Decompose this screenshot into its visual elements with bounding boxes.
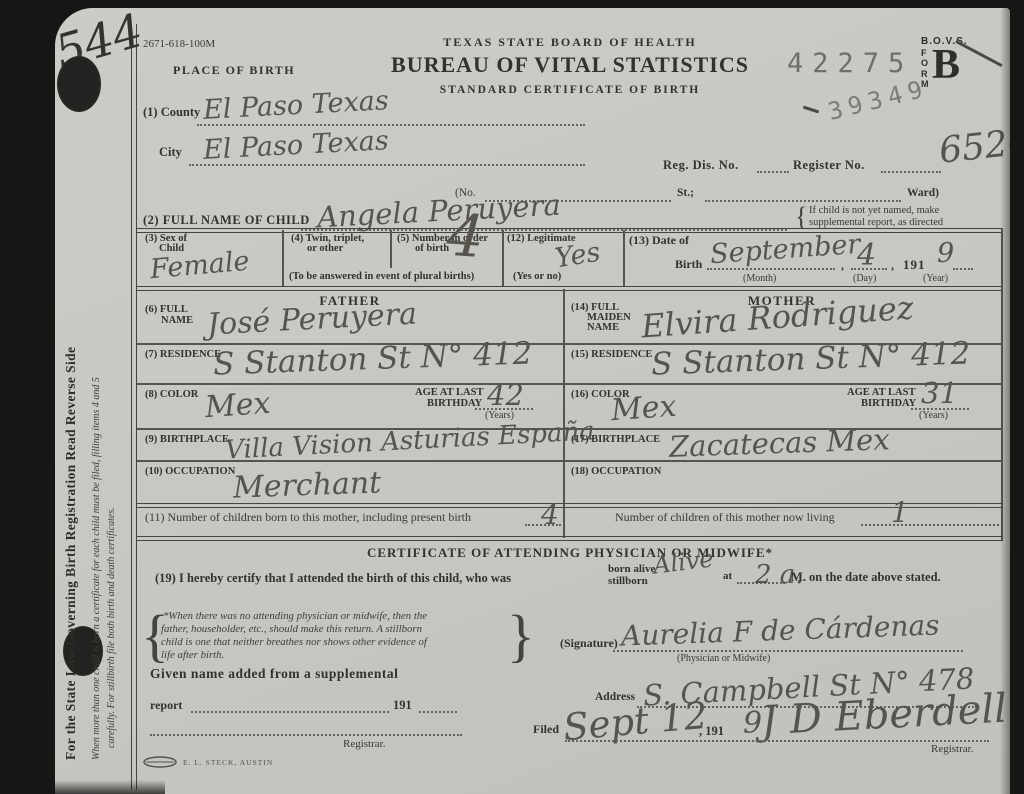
mother-age-label: AGE AT LAST (847, 387, 915, 398)
mother-age-label2: BIRTHDAY (861, 398, 916, 409)
mother-name-label3: NAME (587, 322, 619, 333)
county-value: El Paso Texas (202, 85, 389, 126)
birth-word-label: Birth (675, 257, 702, 272)
alive-value: Alive (652, 544, 715, 579)
twin-label2: or other (307, 243, 343, 254)
signature-label: (Signature) (560, 636, 618, 651)
bureau-heading: BUREAU OF VITAL STATISTICS (370, 52, 770, 78)
given-name-text: Given name added from a supplemental (150, 666, 398, 682)
father-age-label: AGE AT LAST (415, 387, 483, 398)
mother-residence-label: (15) RESIDENCE (571, 349, 652, 360)
note-brace-right: } (507, 602, 535, 669)
physician-note-line2: father, householder, etc., should make t… (161, 623, 422, 635)
children-born-value: 4 (541, 498, 559, 531)
child-name-label: (2) FULL NAME OF CHILD (143, 213, 310, 228)
printer-logo (143, 756, 177, 768)
father-color-value: Mex (204, 386, 272, 425)
month-note: (Month) (743, 273, 776, 284)
grid-line (282, 230, 284, 286)
dotted-line (189, 164, 585, 166)
dotted-line (707, 268, 835, 270)
filed-year-printed: , 191 (699, 724, 724, 739)
physician-note-line3: child is one that neither breathes nor s… (161, 636, 427, 648)
section-double-rule (137, 503, 1003, 508)
legitimate-value: Yes (553, 237, 603, 275)
grid-line (623, 230, 625, 286)
dotted-line (757, 171, 789, 173)
dotted-line (881, 171, 941, 173)
year-note: (Year) (923, 273, 948, 284)
child-note-line1: If child is not yet named, make (809, 205, 939, 216)
father-birthplace-value: Villa Vision Asturias España (224, 416, 595, 465)
board-heading: TEXAS STATE BOARD OF HEALTH (370, 35, 770, 50)
report-label: report (150, 698, 182, 713)
mother-occupation-label: (18) OCCUPATION (571, 466, 661, 477)
dotted-line (861, 524, 999, 526)
dotted-line (613, 650, 963, 652)
birth-order-label2: of birth (415, 243, 449, 254)
date-comma1: , (841, 258, 844, 273)
father-years-note: (Years) (485, 410, 514, 421)
city-label: City (159, 145, 182, 160)
father-mother-divider (563, 289, 565, 538)
dotted-line (150, 734, 462, 736)
filed-label: Filed (533, 722, 559, 737)
margin-note-line2: carefully. For stillbirth file both birt… (106, 138, 117, 748)
children-living-label: Number of children of this mother now li… (615, 510, 835, 525)
child-note-line2: supplemental report, as directed (809, 217, 943, 228)
city-value: El Paso Texas (202, 125, 389, 166)
dotted-line (197, 124, 585, 126)
dotted-line (953, 268, 973, 270)
mother-age-value: 31 (921, 376, 958, 410)
st-label: St.; (677, 187, 694, 199)
page-edge-shadow (1000, 8, 1010, 794)
grid-line (502, 230, 504, 286)
birth-month-value: September (709, 229, 861, 270)
margin-double-rule (131, 24, 137, 790)
grid-line (390, 230, 392, 268)
birth-year-value: 9 (937, 238, 954, 269)
mother-birthplace-value: Zacatecas Mex (668, 422, 890, 464)
form-letter-b: B (932, 48, 960, 84)
father-age-value: 42 (487, 378, 524, 412)
dotted-line (565, 740, 989, 742)
ward-label: Ward) (907, 187, 939, 199)
father-occupation-value: Merchant (232, 465, 381, 505)
father-residence-label: (7) RESIDENCE (145, 349, 221, 360)
section-double-rule (137, 536, 1003, 541)
date-comma2: , (891, 258, 894, 273)
printer-mark-text: E. L. STECK, AUSTIN (183, 758, 273, 767)
stillborn-option: stillborn (608, 575, 648, 587)
registrar-label-right: Registrar. (931, 743, 973, 755)
father-age-label2: BIRTHDAY (427, 398, 482, 409)
father-name-label: (6) FULL (145, 304, 188, 315)
row-rule (137, 383, 1003, 385)
margin-note-line1: When more than one child is born a certi… (91, 112, 102, 760)
filed-year-value: 9 (743, 706, 762, 741)
file-number-stamp: 39349 (825, 74, 931, 126)
father-color-label: (8) COLOR (145, 389, 198, 400)
date-of-label: (13) Date of (629, 233, 689, 248)
dotted-line (191, 711, 389, 713)
birth-order-value: 4 (445, 201, 487, 271)
at-label: at (723, 570, 732, 582)
yes-or-no-note: (Yes or no) (513, 271, 561, 282)
certify-tail-text: M. on the date above stated. (791, 570, 941, 585)
mother-color-value: Mex (610, 389, 678, 428)
physician-or-midwife-note: (Physician or Midwife) (677, 653, 770, 664)
certificate-page: 544 For the State Law Governing Birth Re… (55, 8, 1010, 794)
margin-law-text: For the State Law Governing Birth Regist… (63, 96, 79, 760)
registrar-label-left: Registrar. (343, 738, 385, 750)
register-no-label: Register No. (793, 158, 865, 173)
certificate-number-stamp: 42275 (787, 48, 913, 79)
reg-dis-no-label: Reg. Dis. No. (663, 158, 739, 173)
father-occupation-label: (10) OCCUPATION (145, 466, 235, 477)
physician-note-line4: life after birth. (161, 649, 224, 661)
report-year-printed: 191 (393, 698, 412, 713)
dotted-line (851, 268, 887, 270)
physician-section-title: CERTIFICATE OF ATTENDING PHYSICIAN OR MI… (137, 545, 1003, 561)
mother-years-note: (Years) (919, 410, 948, 421)
father-name-label2: NAME (161, 315, 193, 326)
physician-note-line1: *When there was no attending physician o… (163, 610, 427, 622)
place-of-birth-heading: PLACE OF BIRTH (173, 63, 295, 78)
born-alive-option: born alive (608, 563, 655, 575)
dotted-line (525, 524, 561, 526)
day-note: (Day) (853, 273, 876, 284)
mother-birthplace-label: (17) BIRTHPLACE (571, 434, 660, 445)
pen-mark (803, 106, 819, 114)
bottom-edge-shadow (55, 780, 165, 794)
plural-births-note: (To be answered in event of plural birth… (289, 271, 474, 282)
father-birthplace-label: (9) BIRTHPLACE (145, 434, 229, 445)
birth-year-printed: 191 (903, 257, 926, 273)
certify-text: (19) I hereby certify that I attended th… (155, 571, 511, 586)
signature-value: Aurelia F de Cárdenas (621, 608, 940, 652)
form-print-number: 2671-618-100M (143, 38, 215, 50)
children-born-label: (11) Number of children born to this mot… (145, 510, 471, 525)
county-label: (1) County (143, 105, 200, 120)
standard-certificate-heading: STANDARD CERTIFICATE OF BIRTH (370, 84, 770, 96)
row-rule (137, 460, 1003, 462)
dotted-line (419, 711, 457, 713)
